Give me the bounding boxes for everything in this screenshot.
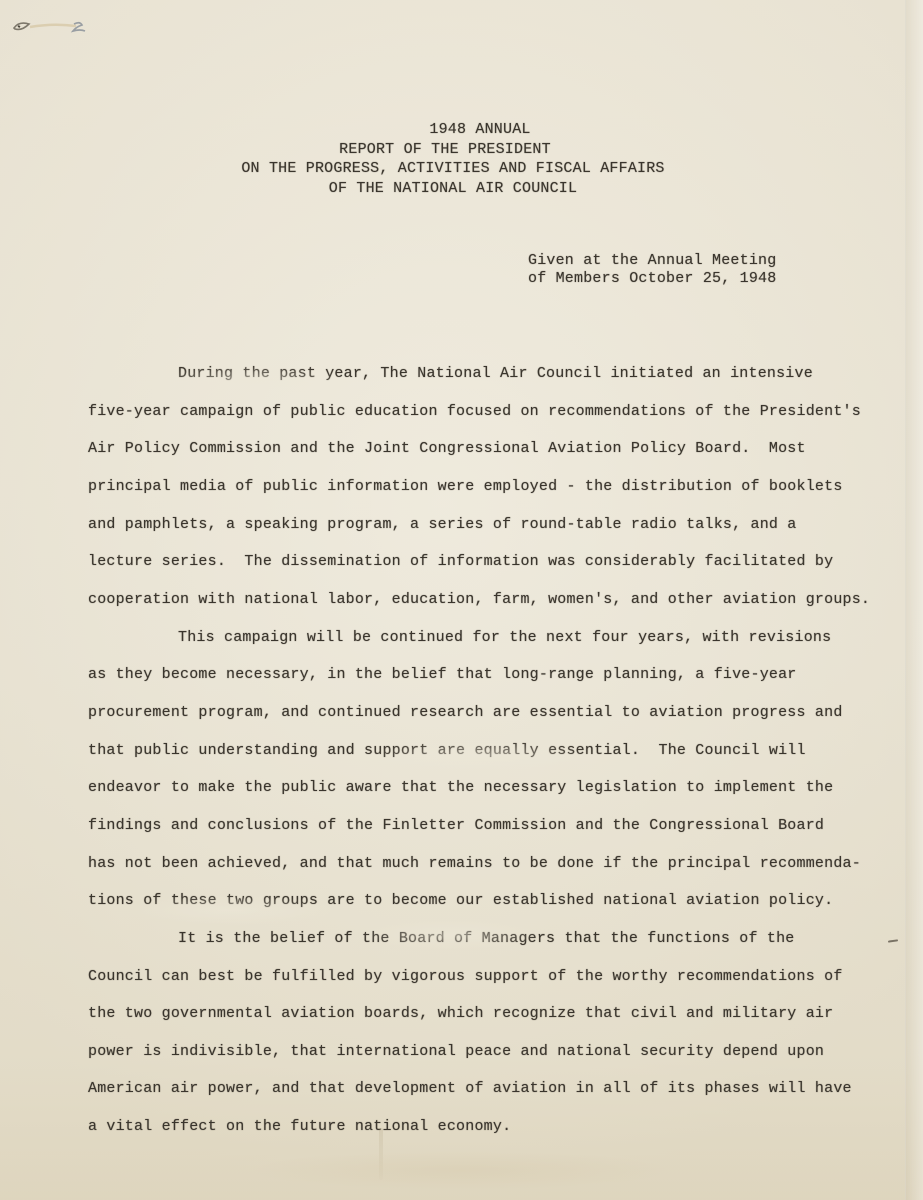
paragraph-1: During the past year, The National Air C…: [88, 355, 898, 619]
text-line: the two governmental aviation boards, wh…: [88, 995, 898, 1033]
page-right-edge: [905, 0, 923, 1200]
pencil-scribble-mark: [8, 12, 118, 44]
text-line: power is indivisible, that international…: [88, 1033, 898, 1071]
text-line: a vital effect on the future national ec…: [88, 1108, 898, 1146]
text-line: American air power, and that development…: [88, 1070, 898, 1108]
text-line: endeavor to make the public aware that t…: [88, 769, 898, 807]
text-line: It is the belief of the Board of Manager…: [88, 920, 898, 958]
title-line: ON THE PROGRESS, ACTIVITIES AND FISCAL A…: [0, 159, 906, 179]
document-body: During the past year, The National Air C…: [88, 355, 898, 1146]
text-line: principal media of public information we…: [88, 468, 898, 506]
text-line: Council can best be fulfilled by vigorou…: [88, 958, 898, 996]
text-line: cooperation with national labor, educati…: [88, 581, 898, 619]
paragraph-3: It is the belief of the Board of Manager…: [88, 920, 898, 1146]
text-line: During the past year, The National Air C…: [88, 355, 898, 393]
document-title: 1948 ANNUALREPORT OF THE PRESIDENTON THE…: [0, 120, 906, 198]
text-line: This campaign will be continued for the …: [88, 619, 898, 657]
text-line: findings and conclusions of the Finlette…: [88, 807, 898, 845]
text-line: procurement program, and continued resea…: [88, 694, 898, 732]
title-line: OF THE NATIONAL AIR COUNCIL: [0, 179, 906, 199]
text-line: that public understanding and support ar…: [88, 732, 898, 770]
paragraph-2: This campaign will be continued for the …: [88, 619, 898, 920]
meeting-note-line: of Members October 25, 1948: [528, 270, 776, 288]
title-line: REPORT OF THE PRESIDENT: [0, 140, 898, 160]
text-line: five-year campaign of public education f…: [88, 393, 898, 431]
text-line: has not been achieved, and that much rem…: [88, 845, 898, 883]
text-line: Air Policy Commission and the Joint Cong…: [88, 430, 898, 468]
meeting-note-line: Given at the Annual Meeting: [528, 252, 776, 270]
title-line: 1948 ANNUAL: [27, 120, 923, 140]
text-line: tions of these two groups are to become …: [88, 882, 898, 920]
paper-stain: [250, 1150, 670, 1190]
meeting-note: Given at the Annual Meetingof Members Oc…: [528, 252, 776, 287]
text-line: lecture series. The dissemination of inf…: [88, 543, 898, 581]
text-line: and pamphlets, a speaking program, a ser…: [88, 506, 898, 544]
scanned-page: 1948 ANNUALREPORT OF THE PRESIDENTON THE…: [0, 0, 923, 1200]
text-line: as they become necessary, in the belief …: [88, 656, 898, 694]
